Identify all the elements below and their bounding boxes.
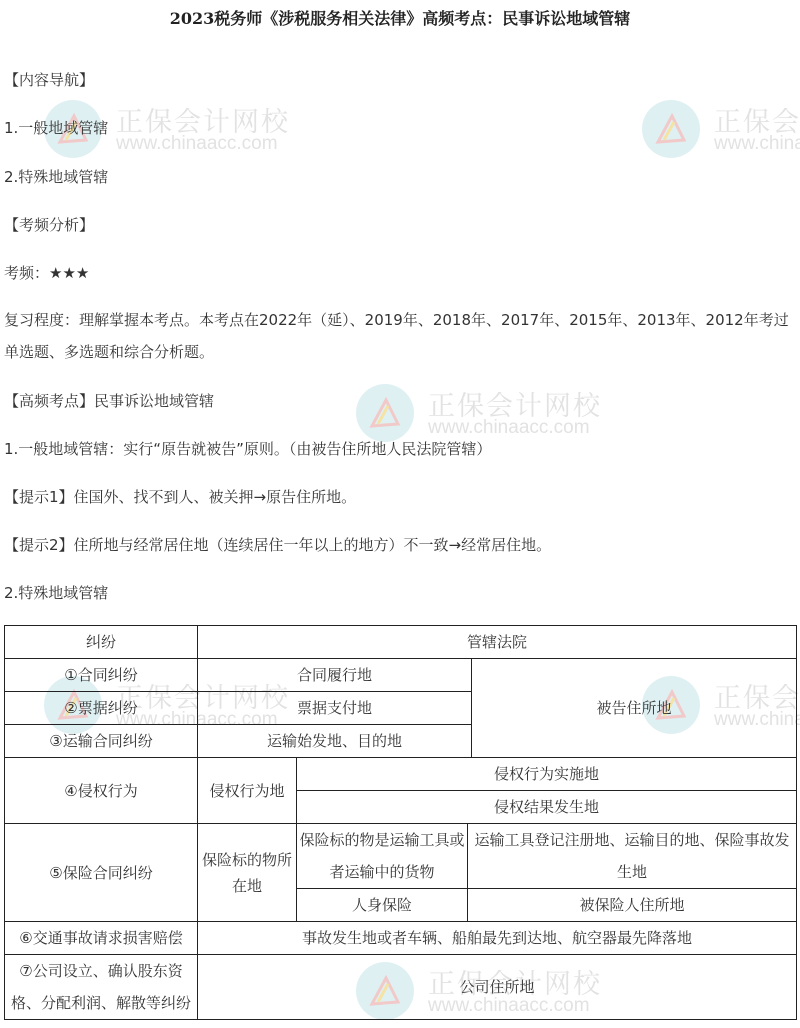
case-cell: 保险标的物是运输工具或者运输中的货物 (297, 824, 468, 889)
special-jurisdiction-heading: 2.特殊地域管辖 (4, 583, 108, 603)
group-cell: 侵权行为地 (198, 758, 297, 824)
dispute-cell: ③运输合同纠纷 (5, 725, 198, 758)
header-dispute: 纠纷 (5, 626, 198, 659)
court-cell: 运输工具登记注册地、运输目的地、保险事故发生地 (468, 824, 797, 889)
dispute-cell: ⑤保险合同纠纷 (5, 824, 198, 922)
table-row: ⑤保险合同纠纷 保险标的物所在地 保险标的物是运输工具或者运输中的货物 运输工具… (5, 824, 797, 889)
court-cell: 合同履行地 (198, 659, 472, 692)
analysis-heading: 【考频分析】 (4, 215, 94, 235)
table-header-row: 纠纷 管辖法院 (5, 626, 797, 659)
group-cell: 保险标的物所在地 (198, 824, 297, 922)
topic-heading: 【高频考点】民事诉讼地域管辖 (4, 391, 214, 411)
dispute-cell: ①合同纠纷 (5, 659, 198, 692)
star-rating-icon: ★★★ (49, 264, 89, 282)
page-title: 2023税务师《涉税服务相关法律》高频考点：民事诉讼地域管辖 (0, 6, 800, 29)
frequency-line: 考频：★★★ (4, 263, 89, 283)
defendant-domicile-cell: 被告住所地 (472, 659, 797, 758)
jurisdiction-table: 纠纷 管辖法院 ①合同纠纷 合同履行地 被告住所地 ②票据纠纷 票据支付地 ③运… (4, 625, 797, 1020)
nav-item-general: 1.一般地域管辖 (4, 118, 108, 138)
court-cell: 侵权结果发生地 (297, 791, 797, 824)
table-row: ⑥交通事故请求损害赔偿 事故发生地或者车辆、船舶最先到达地、航空器最先降落地 (5, 922, 797, 955)
tip-1: 【提示1】住国外、找不到人、被关押→原告住所地。 (4, 487, 356, 507)
dispute-cell: ②票据纠纷 (5, 692, 198, 725)
table-row: ④侵权行为 侵权行为地 侵权行为实施地 (5, 758, 797, 791)
case-cell: 人身保险 (297, 889, 468, 922)
nav-item-special: 2.特殊地域管辖 (4, 167, 108, 187)
dispute-cell: ⑥交通事故请求损害赔偿 (5, 922, 198, 955)
court-cell: 事故发生地或者车辆、船舶最先到达地、航空器最先降落地 (198, 922, 797, 955)
general-jurisdiction: 1.一般地域管辖：实行“原告就被告”原则。（由被告住所地人民法院管辖） (4, 439, 491, 459)
table-row: ①合同纠纷 合同履行地 被告住所地 (5, 659, 797, 692)
court-cell: 被保险人住所地 (468, 889, 797, 922)
court-cell: 侵权行为实施地 (297, 758, 797, 791)
review-paragraph: 复习程度：理解掌握本考点。本考点在2022年（延）、2019年、2018年、20… (4, 304, 796, 368)
frequency-label: 考频： (4, 264, 49, 282)
nav-heading: 【内容导航】 (4, 70, 94, 90)
table-row: ⑦公司设立、确认股东资格、分配利润、解散等纠纷 公司住所地 (5, 955, 797, 1020)
dispute-cell: ⑦公司设立、确认股东资格、分配利润、解散等纠纷 (5, 955, 198, 1020)
header-court: 管辖法院 (198, 626, 797, 659)
tip-2: 【提示2】住所地与经常居住地（连续居住一年以上的地方）不一致→经常居住地。 (4, 535, 551, 555)
court-cell: 公司住所地 (198, 955, 797, 1020)
court-cell: 运输始发地、目的地 (198, 725, 472, 758)
watermark-logo-icon (642, 100, 700, 158)
court-cell: 票据支付地 (198, 692, 472, 725)
dispute-cell: ④侵权行为 (5, 758, 198, 824)
watermark-logo-icon (356, 384, 414, 442)
